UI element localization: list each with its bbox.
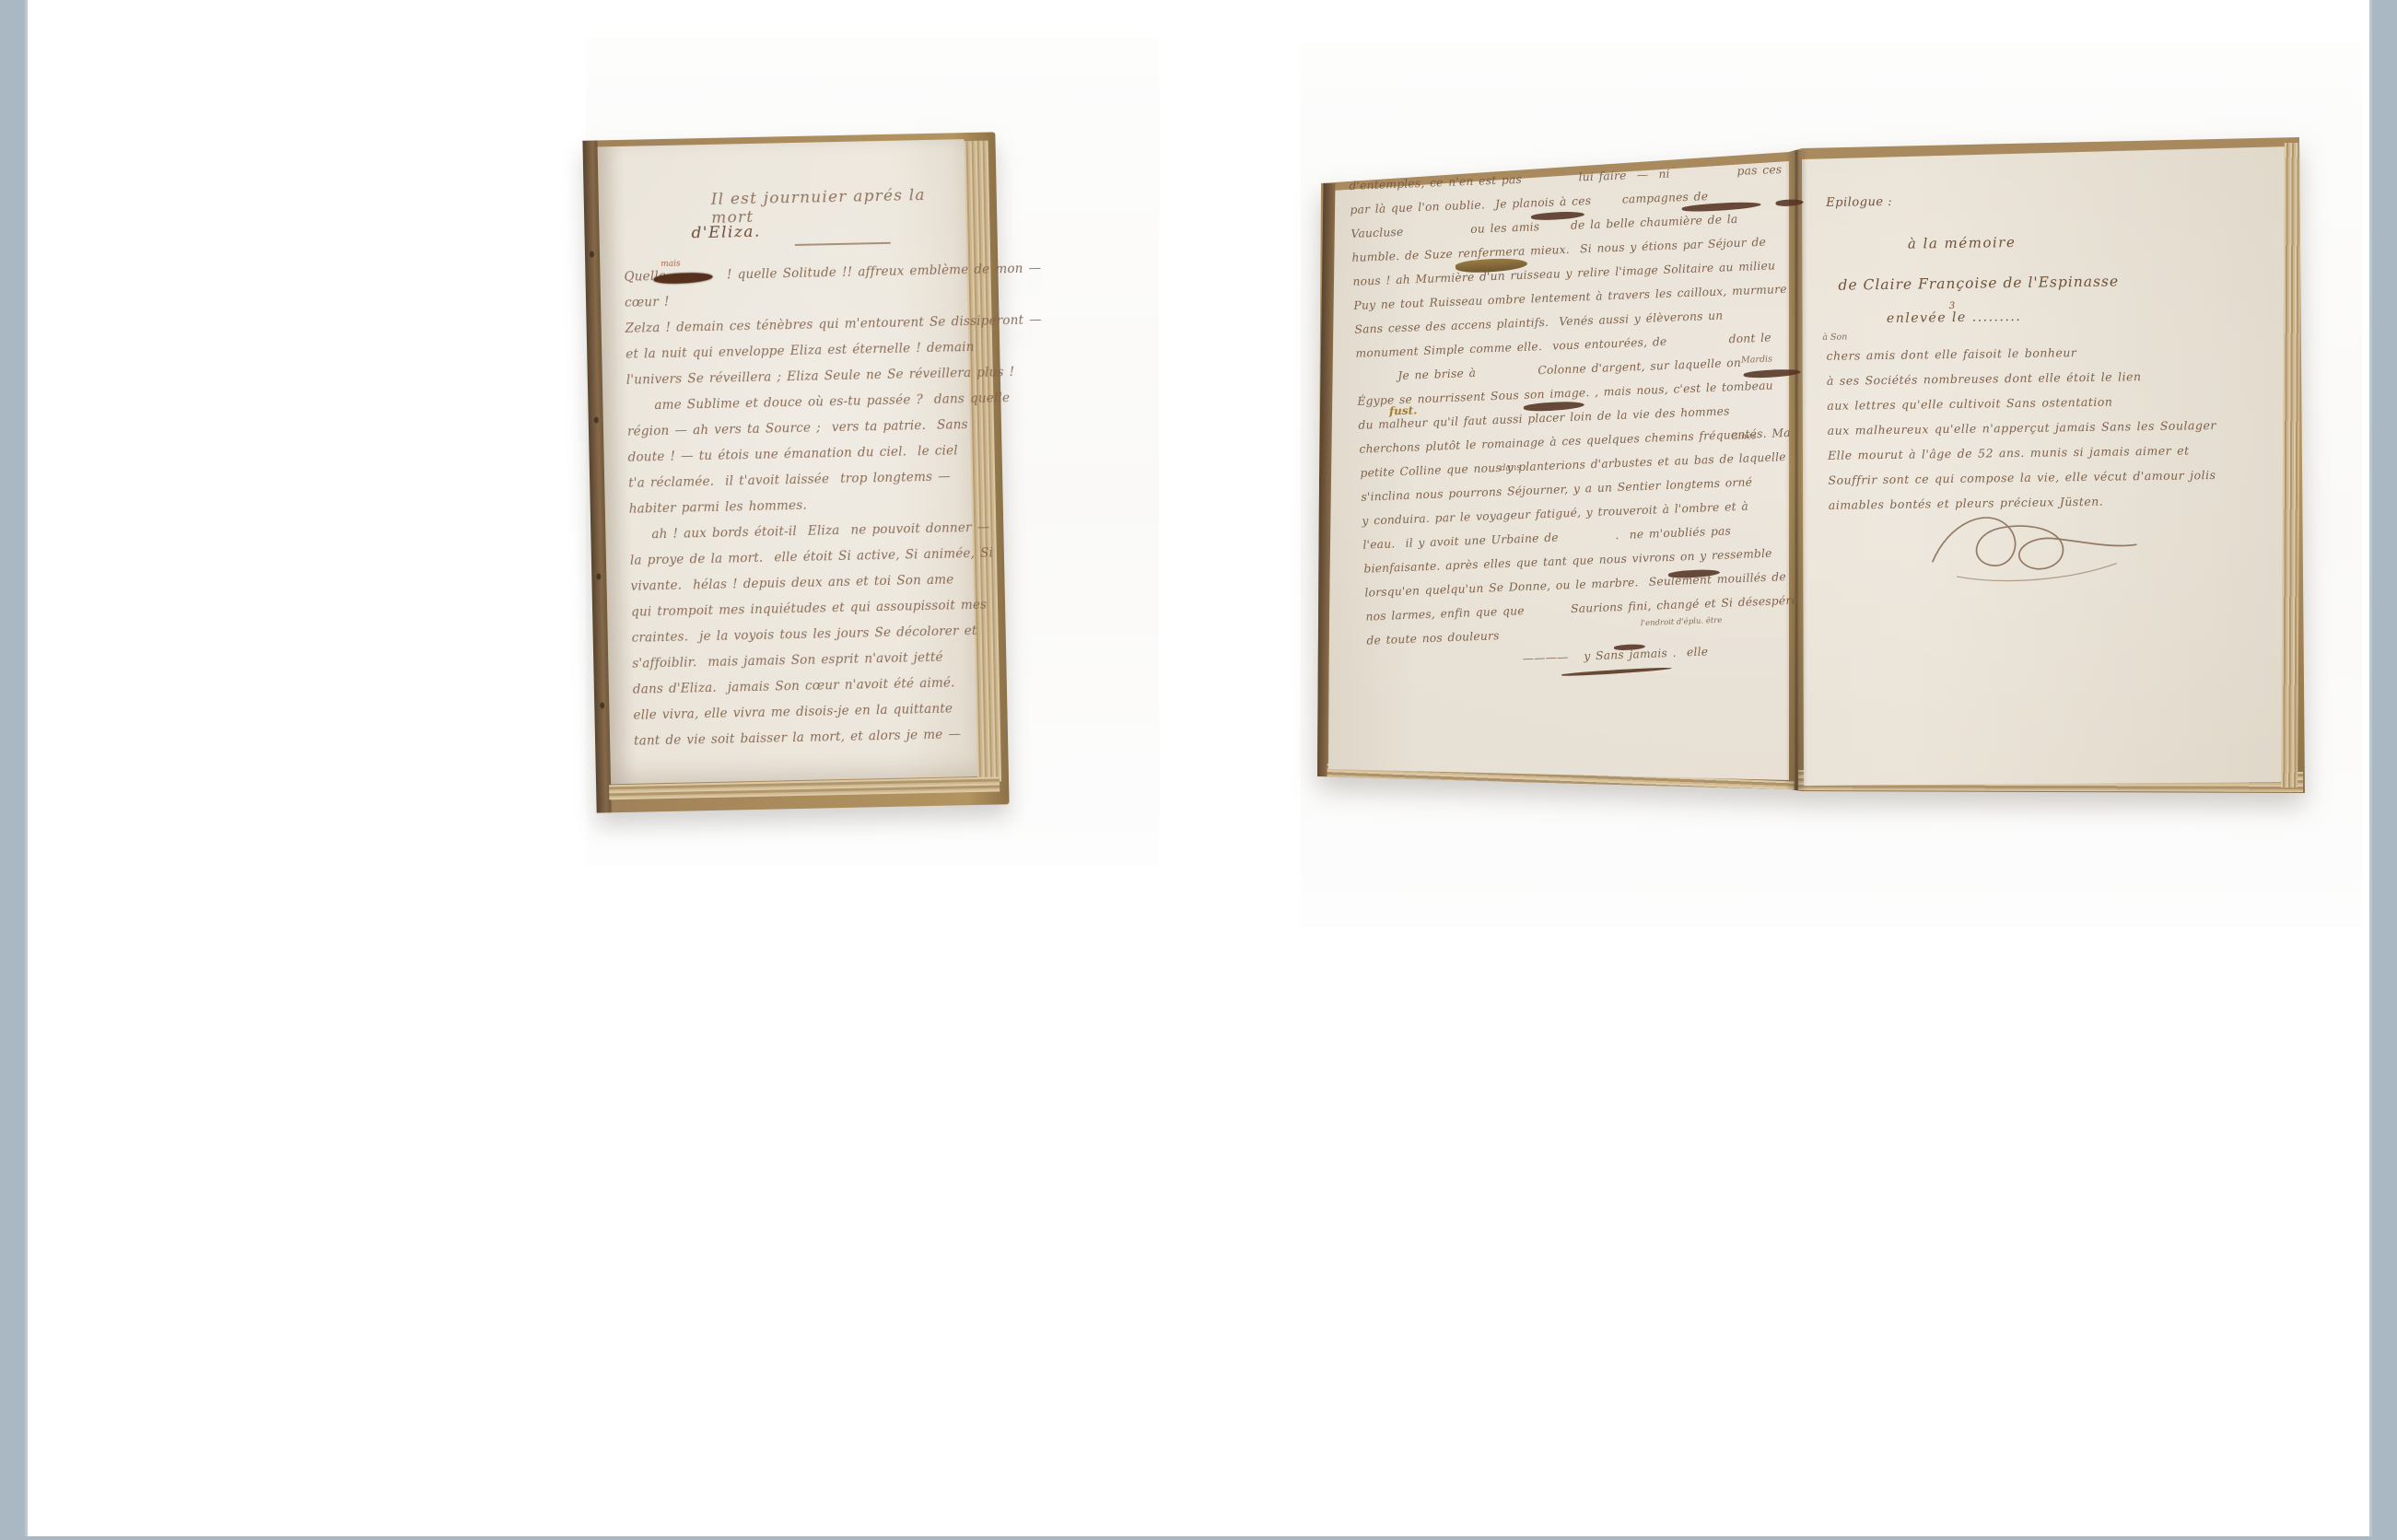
left-edge-strip bbox=[0, 0, 28, 1540]
book-cover: fust. Mardis dans Gines l'endroit d'éplu… bbox=[1317, 134, 2305, 808]
stitch-mark bbox=[594, 416, 599, 423]
memorial-heading-line: à la mémoire bbox=[1908, 234, 2017, 252]
bottom-edge-strip bbox=[0, 1536, 2397, 1540]
epilogue-label: Epilogue : bbox=[1826, 195, 1892, 210]
title-underline bbox=[795, 242, 891, 246]
manuscript-open-spread: fust. Mardis dans Gines l'endroit d'éplu… bbox=[1317, 134, 2305, 808]
journal-title-line: Il est journuier aprés la mort bbox=[711, 185, 966, 227]
manuscript-journal-leaf: Il est journuier aprés la mort d'Eliza. … bbox=[582, 132, 1009, 812]
journal-body-text: Quelle ! quelle Solitude !! affreux embl… bbox=[624, 257, 999, 754]
verso-body-text: fust. Mardis dans Gines l'endroit d'éplu… bbox=[1349, 157, 1818, 676]
calligraphic-flourish bbox=[1923, 500, 2145, 590]
page-fore-edge bbox=[2281, 143, 2301, 787]
memorial-body-text: chers amis dont elle faisoit le bonheurà… bbox=[1826, 337, 2262, 518]
right-edge-strip bbox=[2369, 0, 2397, 1540]
stitch-mark bbox=[596, 573, 601, 579]
journal-title-line: d'Eliza. bbox=[691, 223, 761, 243]
catalog-page: Il est journuier aprés la mort d'Eliza. … bbox=[0, 0, 2397, 1540]
memorial-heading-line: enlevée le ......... bbox=[1887, 309, 2021, 326]
manuscript-page: Il est journuier aprés la mort d'Eliza. … bbox=[598, 139, 977, 784]
stitch-mark bbox=[600, 702, 604, 708]
stitch-mark bbox=[590, 251, 594, 258]
margin-note: à Son bbox=[1822, 332, 1847, 343]
